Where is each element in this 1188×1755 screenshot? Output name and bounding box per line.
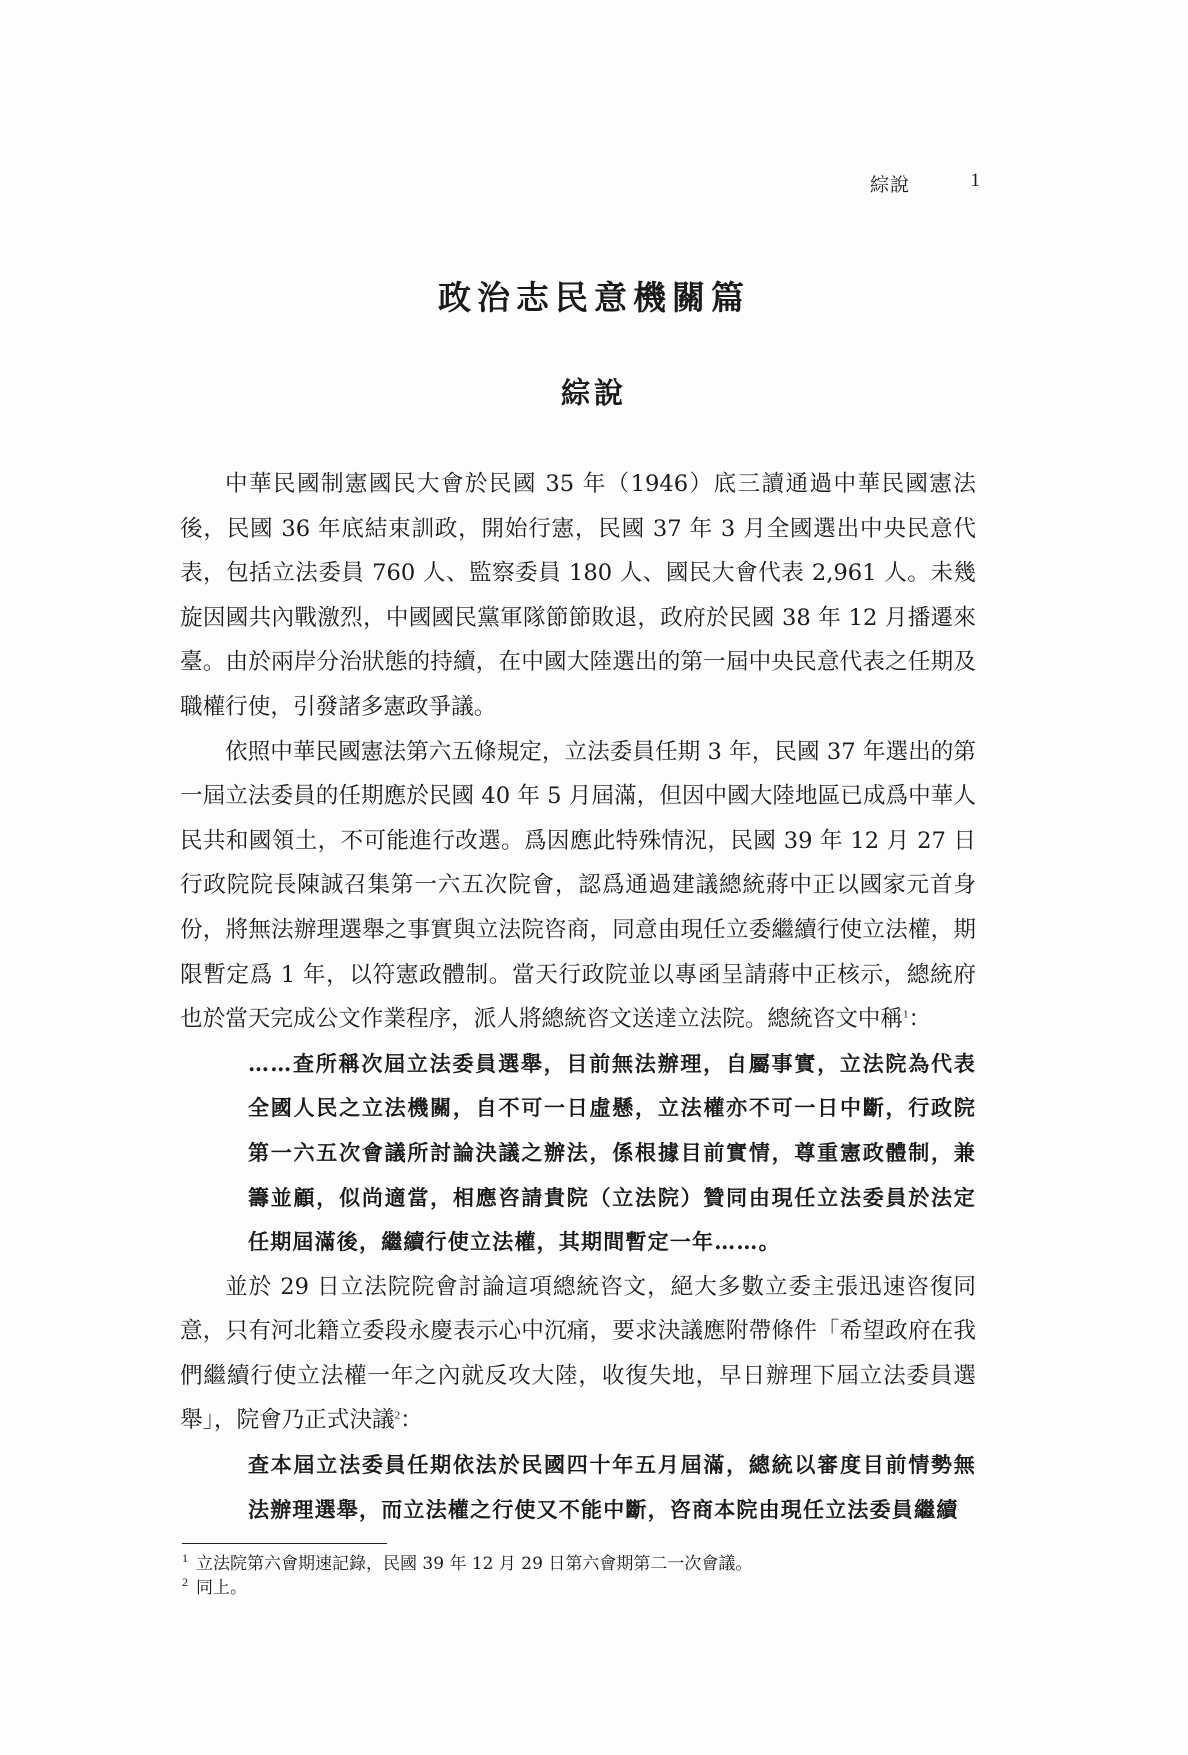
paragraph-2: 依照中華民國憲法第六五條規定，立法委員任期 3 年，民國 37 年選出的第一屆立…: [180, 730, 976, 1042]
chapter-title: 政治志民意機關篇: [0, 272, 1188, 319]
body-text: 中華民國制憲國民大會於民國 35 年（1946）底三讀通過中華民國憲法後，民國 …: [180, 462, 976, 1532]
block-quote-2: 查本屆立法委員任期依法於民國四十年五月屆滿，總統以審度目前情勢無法辦理選舉，而立…: [180, 1443, 976, 1532]
paragraph-1: 中華民國制憲國民大會於民國 35 年（1946）底三讀通過中華民國憲法後，民國 …: [180, 462, 976, 730]
running-header-title: 綜說: [870, 170, 910, 197]
footnote-1: 1立法院第六會期速記錄，民國 39 年 12 月 29 日第六會期第二一次會議。: [182, 1552, 752, 1576]
block-quote-1: ……查所稱次屆立法委員選舉，目前無法辦理，自屬事實，立法院為代表全國人民之立法機…: [180, 1042, 976, 1265]
footnote-2: 2同上。: [182, 1576, 752, 1600]
footnote-divider: [182, 1543, 387, 1544]
document-page: 綜說 1 政治志民意機關篇 綜說 中華民國制憲國民大會於民國 35 年（1946…: [0, 0, 1188, 1755]
section-title: 綜說: [0, 371, 1188, 412]
footnotes: 1立法院第六會期速記錄，民國 39 年 12 月 29 日第六會期第二一次會議。…: [182, 1552, 752, 1600]
running-header: 綜說 1: [870, 170, 980, 200]
page-number: 1: [971, 170, 981, 192]
paragraph-3: 並於 29 日立法院院會討論這項總統咨文，絕大多數立委主張迅速咨復同意，只有河北…: [180, 1265, 976, 1443]
